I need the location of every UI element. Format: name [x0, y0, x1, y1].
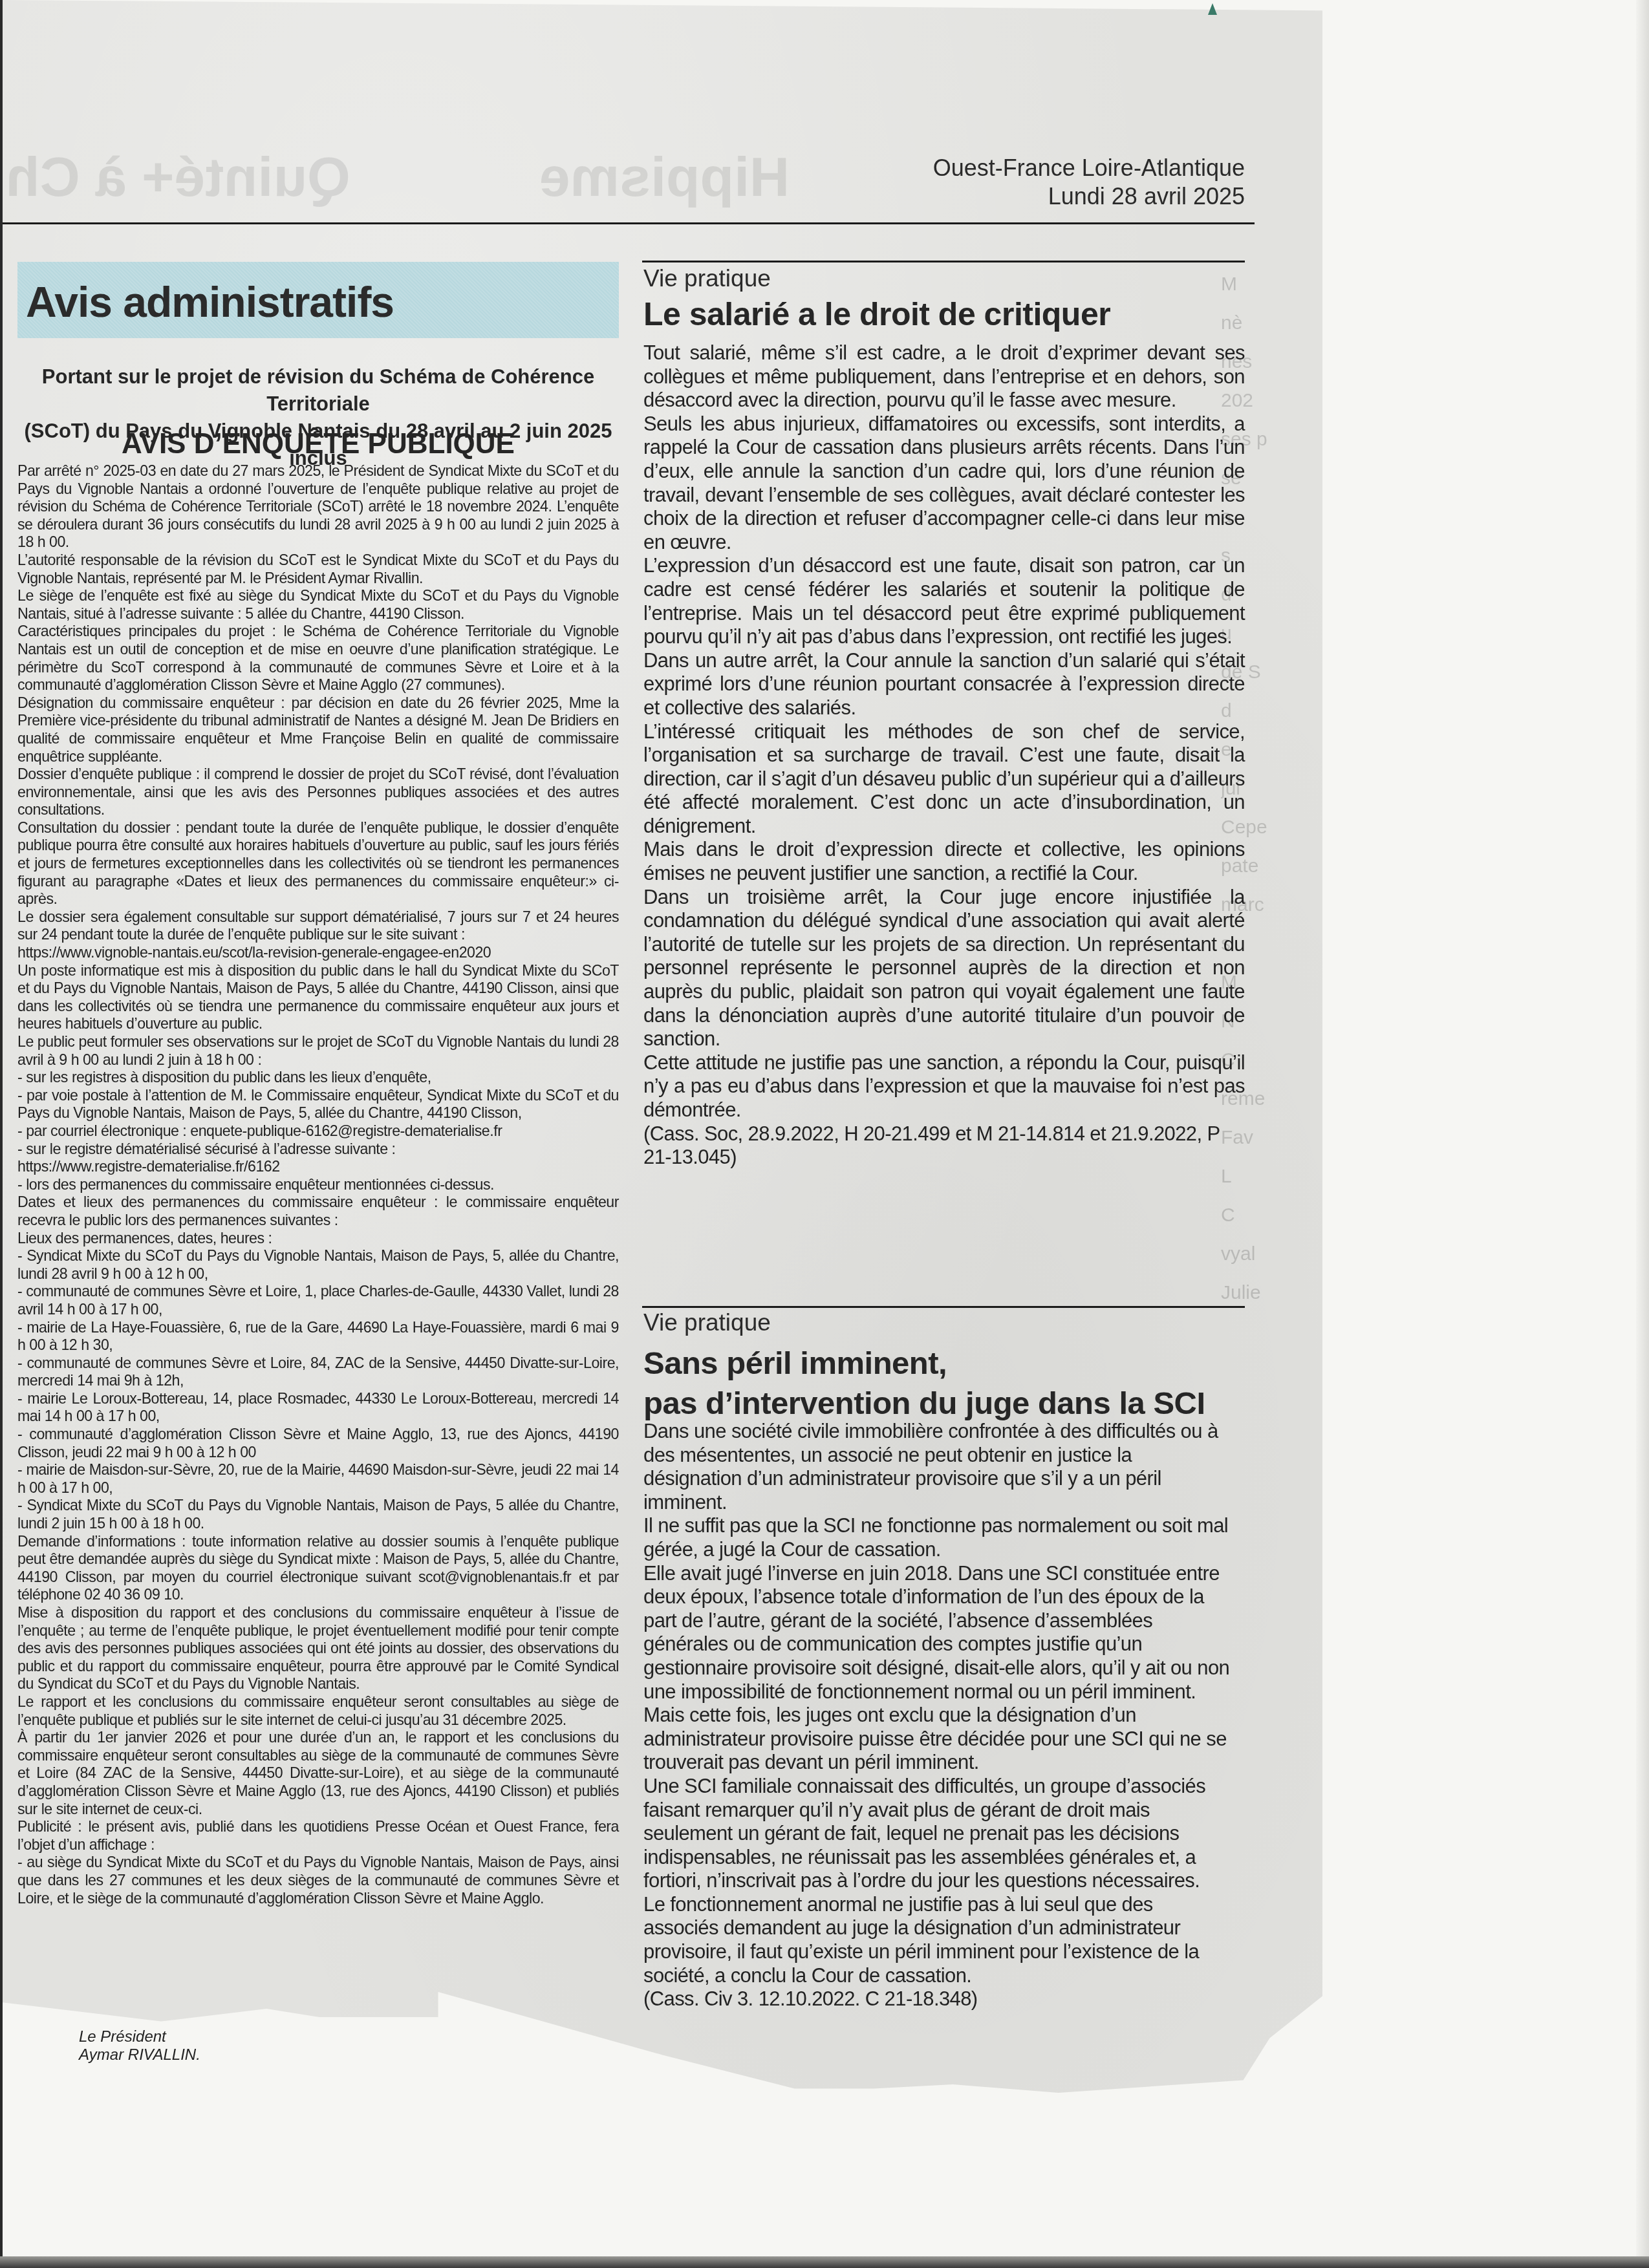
- scan-border-left: [0, 0, 3, 2268]
- article-paragraph: Cette attitude ne justifie pas une sanct…: [643, 1051, 1245, 1122]
- publication-date: Lundi 28 avril 2025: [933, 182, 1245, 211]
- notice-subtitle-line-1: Portant sur le projet de révision du Sch…: [17, 363, 619, 418]
- notice-body: Par arrêté n° 2025-03 en date du 27 mars…: [17, 462, 619, 1907]
- article-paragraph: L’expression d’un désaccord est une faut…: [643, 554, 1245, 648]
- fragment: 202: [1221, 381, 1318, 420]
- fragment: L: [1221, 1157, 1318, 1196]
- scanner-bed-edge: [1636, 0, 1649, 2268]
- notice-paragraph: Dates et lieux des permanences du commis…: [17, 1193, 619, 1229]
- article-2-headline-line-1: Sans péril imminent,: [643, 1343, 1205, 1384]
- fragment: N: [1221, 1002, 1318, 1041]
- header-rule: [3, 222, 1255, 224]
- fragment: s: [1221, 925, 1318, 963]
- article-2-headline: Sans péril imminent, pas d’intervention …: [643, 1343, 1205, 1424]
- notice-list-item: - sur le registre dématérialisé sécurisé…: [17, 1140, 619, 1159]
- notice-paragraph: Lieux des permanences, dates, heures :: [17, 1230, 619, 1248]
- notice-paragraph: À partir du 1er janvier 2026 et pour une…: [17, 1729, 619, 1818]
- notice-paragraph: Caractéristiques principales du projet :…: [17, 623, 619, 694]
- article-1-body: Tout salarié, même s’il est cadre, a le …: [643, 341, 1245, 1170]
- notice-paragraph: Mise à disposition du rapport et des con…: [17, 1604, 619, 1693]
- fragment: marc: [1221, 886, 1318, 925]
- show-through-text-right: Hippisme: [539, 145, 790, 209]
- fragment: s: [1221, 537, 1318, 575]
- fragment: M: [1221, 265, 1318, 304]
- permanence-item: - communauté de communes Sèvre et Loire,…: [17, 1354, 619, 1390]
- notice-heading: AVIS D’ENQUÊTE PUBLIQUE: [17, 428, 619, 460]
- notice-paragraph: Le rapport et les conclusions du commiss…: [17, 1693, 619, 1729]
- scan-border-bottom: [0, 2256, 1649, 2268]
- article-2-headline-line-2: pas d’intervention du juge dans la SCI: [643, 1384, 1205, 1424]
- article-paragraph: Dans une société civile immobilière conf…: [643, 1420, 1232, 1514]
- article-1-rule: [642, 261, 1245, 262]
- scan-speck: [1208, 3, 1217, 15]
- notice-list-item: - par voie postale à l’attention de M. l…: [17, 1087, 619, 1122]
- article-paragraph: Dans un autre arrêt, la Cour annule la s…: [643, 649, 1245, 720]
- notice-paragraph: Consultation du dossier : pendant toute …: [17, 819, 619, 908]
- article-paragraph: Mais cette fois, les juges ont exclu que…: [643, 1704, 1232, 1775]
- article-paragraph: Dans un troisième arrêt, la Cour juge en…: [643, 886, 1245, 1051]
- notice-paragraph: Un poste informatique est mis à disposit…: [17, 962, 619, 1033]
- article-2-kicker: Vie pratique: [643, 1309, 771, 1336]
- article-paragraph: Il ne suffit pas que la SCI ne fonctionn…: [643, 1514, 1232, 1561]
- article-citation: (Cass. Civ 3. 12.10.2022. C 21-18.348): [643, 1987, 1232, 2011]
- article-citation: (Cass. Soc, 28.9.2022, H 20-21.499 et M …: [643, 1122, 1245, 1170]
- signature-title: Le Président: [79, 2028, 200, 2046]
- notice-list-item: - lors des permanences du commissaire en…: [17, 1176, 619, 1194]
- permanence-item: - mairie Le Loroux-Bottereau, 14, place …: [17, 1390, 619, 1426]
- notice-paragraph: L’autorité responsable de la révision du…: [17, 551, 619, 587]
- fragment: d: [1221, 692, 1318, 731]
- show-through-text-left: Quinté+ à Ch: [6, 145, 350, 209]
- fragment: ses p: [1221, 420, 1318, 459]
- fragment: Julie: [1221, 1274, 1318, 1312]
- permanence-item: - mairie de La Haye-Fouassière, 6, rue d…: [17, 1319, 619, 1354]
- article-2-rule: [642, 1306, 1245, 1308]
- notice-paragraph: Dossier d’enquête publique : il comprend…: [17, 765, 619, 819]
- fragment: e: [1221, 731, 1318, 769]
- fragment: se: [1221, 459, 1318, 498]
- permanence-item: - mairie de Maisdon-sur-Sèvre, 20, rue d…: [17, 1461, 619, 1497]
- permanence-item: - communauté d’agglomération Clisson Sèv…: [17, 1426, 619, 1461]
- article-paragraph: Elle avait jugé l’inverse en juin 2018. …: [643, 1562, 1232, 1704]
- publication-name: Ouest-France Loire-Atlantique: [933, 154, 1245, 182]
- permanence-item: - Syndicat Mixte du SCoT du Pays du Vign…: [17, 1247, 619, 1283]
- article-paragraph: Mais dans le droit d’expression directe …: [643, 838, 1245, 885]
- permanence-item: - Syndicat Mixte du SCoT du Pays du Vign…: [17, 1497, 619, 1532]
- fragment: C: [1221, 1196, 1318, 1235]
- section-title: Avis administratifs: [26, 277, 394, 326]
- notice-paragraph: Le siège de l’enquête est fixé au siège …: [17, 587, 619, 623]
- signature-name: Aymar RIVALLIN.: [79, 2046, 200, 2064]
- fragment: jui: [1221, 769, 1318, 808]
- fragment: reme: [1221, 1080, 1318, 1118]
- fragment: d: [1221, 575, 1318, 614]
- fragment: M: [1221, 963, 1318, 1002]
- notice-paragraph: Désignation du commissaire enquêteur : p…: [17, 694, 619, 765]
- article-1-headline: Le salarié a le droit de critiquer: [643, 296, 1110, 332]
- masthead: Ouest-France Loire-Atlantique Lundi 28 a…: [933, 154, 1245, 211]
- signature-block: Le Président Aymar RIVALLIN.: [79, 2028, 200, 2064]
- contact-email-item: - par courriel électronique : enquete-pu…: [17, 1122, 619, 1140]
- notice-paragraph: Demande d’informations : toute informati…: [17, 1533, 619, 1604]
- fragment: Fav: [1221, 1118, 1318, 1157]
- fragment: nes: [1221, 343, 1318, 381]
- notice-list-item: - sur les registres à disposition du pub…: [17, 1069, 619, 1087]
- fragment: C: [1221, 1041, 1318, 1080]
- fragment: vyal: [1221, 1235, 1318, 1274]
- article-paragraph: Le fonctionnement anormal ne justifie pa…: [643, 1893, 1232, 1987]
- section-banner: Avis administratifs: [17, 262, 619, 338]
- fragment: u: [1221, 614, 1318, 653]
- article-2-body: Dans une société civile immobilière conf…: [643, 1420, 1232, 2011]
- notice-paragraph: Le dossier sera également consultable su…: [17, 908, 619, 944]
- notice-paragraph: Par arrêté n° 2025-03 en date du 27 mars…: [17, 462, 619, 551]
- permanence-item: - communauté de communes Sèvre et Loire,…: [17, 1283, 619, 1318]
- notice-paragraph: Publicité : le présent avis, publié dans…: [17, 1818, 619, 1854]
- dossier-url: https://www.vignoble-nantais.eu/scot/la-…: [17, 944, 619, 962]
- fragment: nè: [1221, 304, 1318, 343]
- article-paragraph: Une SCI familiale connaissait des diffic…: [643, 1775, 1232, 1893]
- fragment: pate: [1221, 847, 1318, 886]
- article-paragraph: L’intéressé critiquait les méthodes de s…: [643, 720, 1245, 839]
- notice-paragraph: Le public peut formuler ses observations…: [17, 1033, 619, 1069]
- article-paragraph: Seuls les abus injurieux, diffamatoires …: [643, 412, 1245, 555]
- fragment: de S: [1221, 653, 1318, 692]
- notice-list-item: - au siège du Syndicat Mixte du SCoT et …: [17, 1854, 619, 1907]
- article-paragraph: Tout salarié, même s’il est cadre, a le …: [643, 341, 1245, 412]
- fragment: Cepe: [1221, 808, 1318, 847]
- registry-url: https://www.registre-dematerialise.fr/61…: [17, 1158, 619, 1176]
- fragment: a: [1221, 498, 1318, 537]
- article-1-kicker: Vie pratique: [643, 265, 771, 292]
- adjacent-column-fragment: M nè nes 202 ses p se a s d u de S d e j…: [1221, 265, 1318, 1312]
